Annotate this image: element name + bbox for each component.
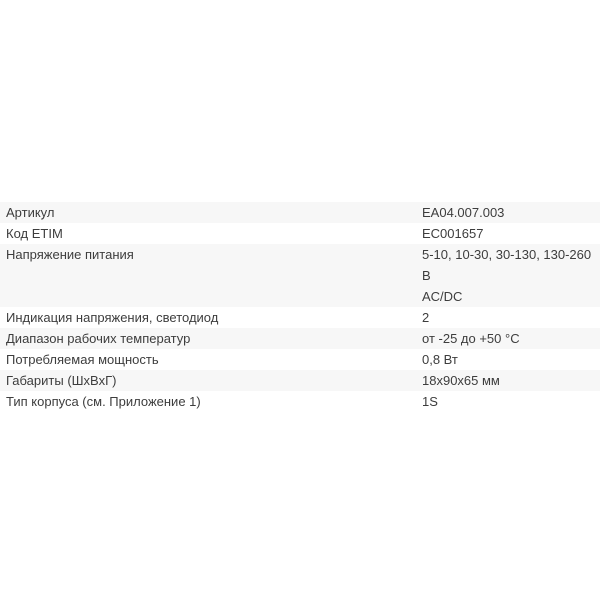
spec-label: Артикул <box>0 202 422 223</box>
spec-value: 5-10, 10-30, 30-130, 130-260 В AC/DC <box>422 244 600 307</box>
spec-value: EA04.007.003 <box>422 202 600 223</box>
spec-label: Габариты (ШхВхГ) <box>0 370 422 391</box>
spec-label: Потребляемая мощность <box>0 349 422 370</box>
spec-row-supply-voltage: Напряжение питания 5-10, 10-30, 30-130, … <box>0 244 600 307</box>
spec-label: Индикация напряжения, светодиод <box>0 307 422 328</box>
spec-value: 0,8 Вт <box>422 349 600 370</box>
spec-row-article: Артикул EA04.007.003 <box>0 202 600 223</box>
spec-row-temperature-range: Диапазон рабочих температур от -25 до +5… <box>0 328 600 349</box>
spec-row-housing-type: Тип корпуса (см. Приложение 1) 1S <box>0 391 600 412</box>
spec-value: 2 <box>422 307 600 328</box>
spec-label: Диапазон рабочих температур <box>0 328 422 349</box>
specifications-table: Артикул EA04.007.003 Код ETIM EC001657 Н… <box>0 202 600 412</box>
spec-value-line: AC/DC <box>422 286 600 307</box>
spec-row-etim-code: Код ETIM EC001657 <box>0 223 600 244</box>
spec-label: Код ETIM <box>0 223 422 244</box>
spec-value: 18x90x65 мм <box>422 370 600 391</box>
spec-value: 1S <box>422 391 600 412</box>
spec-value: EC001657 <box>422 223 600 244</box>
spec-label: Напряжение питания <box>0 244 422 307</box>
spec-label: Тип корпуса (см. Приложение 1) <box>0 391 422 412</box>
spec-row-voltage-indication: Индикация напряжения, светодиод 2 <box>0 307 600 328</box>
spec-value-line: 5-10, 10-30, 30-130, 130-260 В <box>422 244 600 286</box>
spec-row-dimensions: Габариты (ШхВхГ) 18x90x65 мм <box>0 370 600 391</box>
spec-row-power-consumption: Потребляемая мощность 0,8 Вт <box>0 349 600 370</box>
spec-value: от -25 до +50 °C <box>422 328 600 349</box>
